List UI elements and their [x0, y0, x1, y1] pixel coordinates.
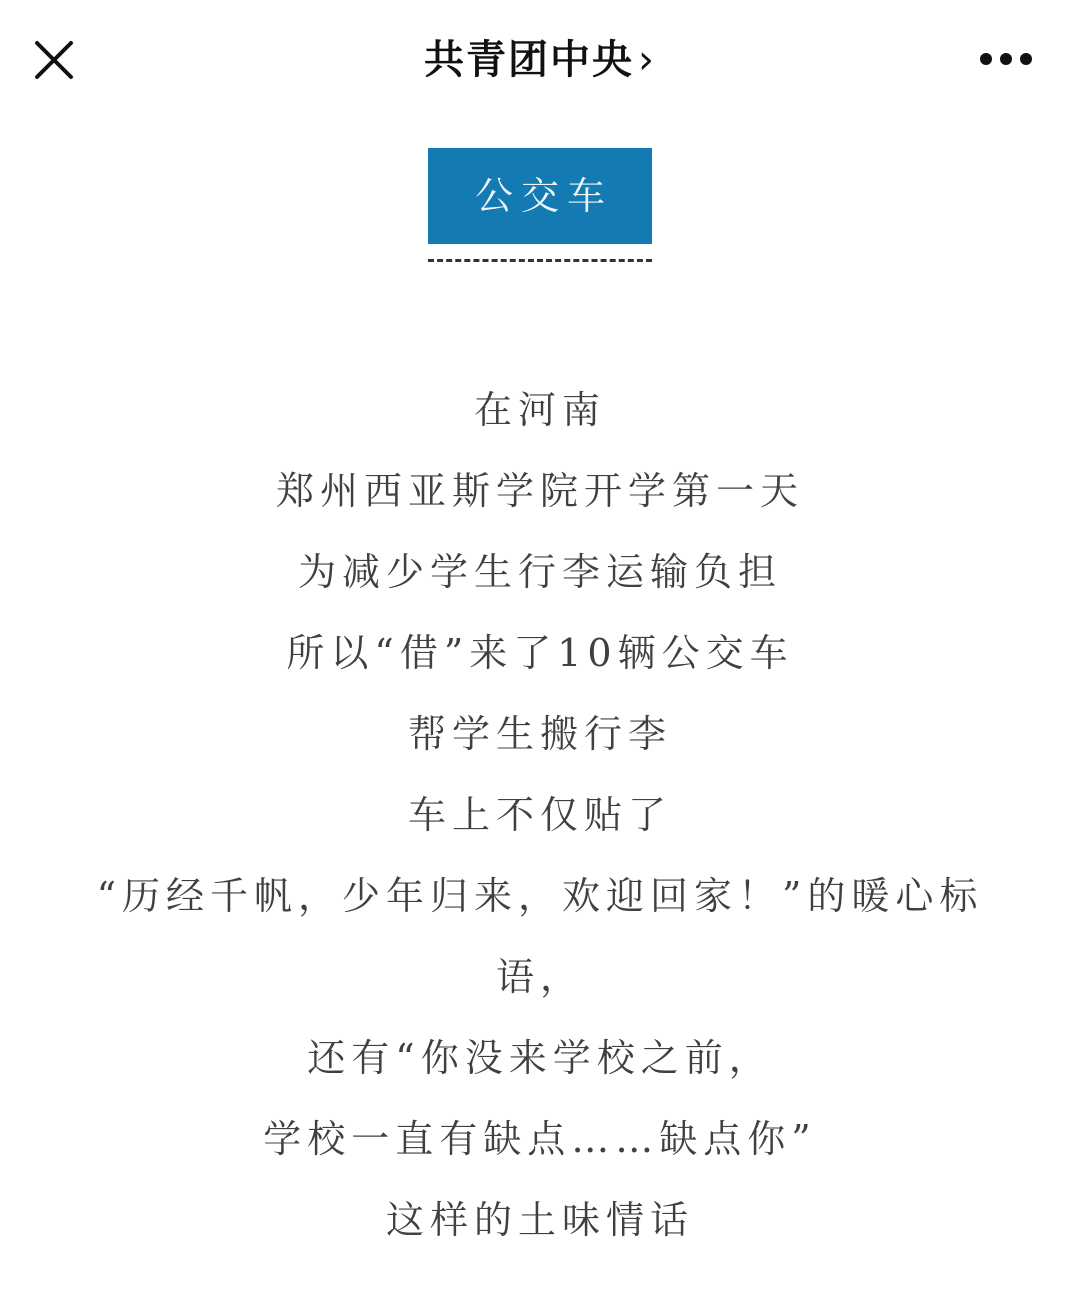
text-line: 在河南 — [60, 370, 1020, 451]
account-name: 共青团中央 — [424, 37, 634, 83]
text-line: 学校一直有缺点……缺点你” — [60, 1099, 1020, 1180]
text-line: 还有“你没来学校之前， — [60, 1018, 1020, 1099]
more-options-button[interactable] — [978, 44, 1034, 74]
text-line: “历经千帆，少年归来，欢迎回家！”的暖心标 — [60, 856, 1020, 937]
text-line: 语， — [60, 937, 1020, 1018]
text-line: 郑州西亚斯学院开学第一天 — [60, 451, 1020, 532]
account-name-link[interactable]: 共青团中央› — [0, 34, 1080, 86]
text-line: 这样的土味情话 — [60, 1180, 1020, 1261]
dashed-divider — [428, 259, 652, 262]
text-line: 车上不仅贴了 — [60, 775, 1020, 856]
article-body: 在河南 郑州西亚斯学院开学第一天 为减少学生行李运输负担 所以“借”来了10辆公… — [60, 370, 1020, 1261]
text-line: 帮学生搬行李 — [60, 694, 1020, 775]
text-line: 所以“借”来了10辆公交车 — [60, 613, 1020, 694]
text-line: 为减少学生行李运输负担 — [60, 532, 1020, 613]
section-heading-tag: 公交车 — [428, 148, 652, 244]
top-navigation-bar: 共青团中央› — [0, 0, 1080, 120]
chevron-right-icon: › — [638, 34, 656, 86]
